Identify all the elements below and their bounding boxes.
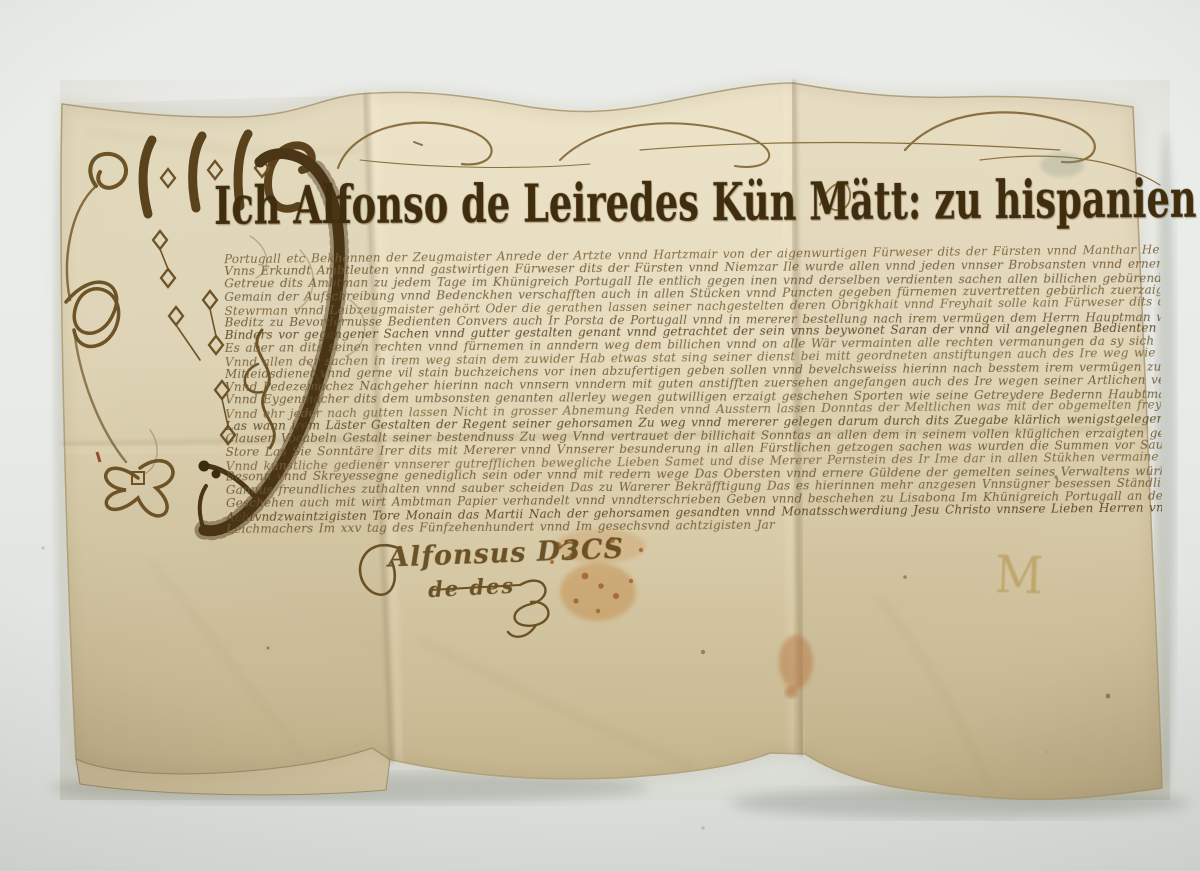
fold-stain-2 [785,686,797,698]
manuscript-body-block: Portugall etc Bekhennen der Zeugmaister … [224,245,1162,536]
fold-stain [779,635,813,689]
signature-subscript: de des [427,573,515,603]
ink-blob-2 [212,470,221,479]
letter-m-mark: M [994,544,1044,606]
ink-blob-1 [199,461,210,472]
photograph-of-manuscript: Ich Alfonso de Leiredes Kün Mätt: zu his… [0,0,1200,871]
